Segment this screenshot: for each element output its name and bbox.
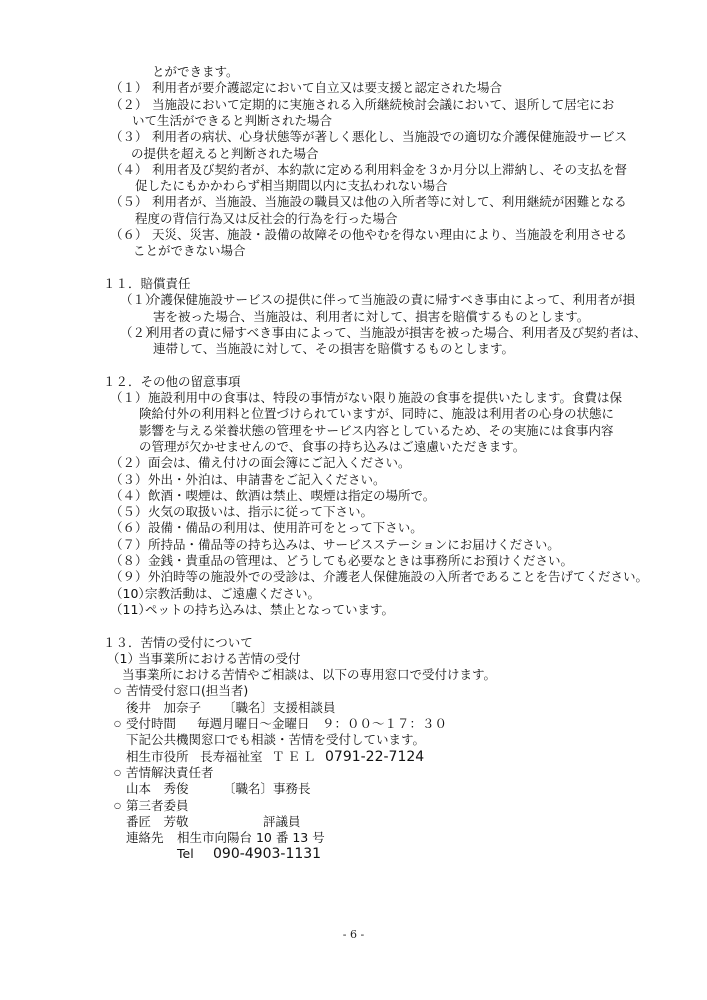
item-text-cont: 促したにもかかわらず相当期間以内に支払われない場合 xyxy=(135,178,448,194)
list-item-continuation: の提供を超えると判断された場合 xyxy=(0,146,707,162)
tel-label: ＴＥＬ xyxy=(272,749,319,765)
circle-bullet-icon: ○ xyxy=(114,683,121,699)
item-label: （５） xyxy=(110,504,148,520)
hours-value: 毎週月曜日～金曜日 ９：００～１７：３０ xyxy=(197,716,447,732)
section-heading: １３．苦情の受付について xyxy=(0,635,707,651)
subsection-label: （1） xyxy=(107,651,140,667)
item-text: 宗教活動は、ご遠慮ください。 xyxy=(145,586,320,602)
third-party-heading: ○ 第三者委員 xyxy=(0,798,707,814)
reception-heading: ○ 苦情受付窓口(担当者) xyxy=(0,683,707,699)
item-label: （４） xyxy=(110,162,148,178)
item-label: （６） xyxy=(110,520,148,536)
item-text-cont: ことができない場合 xyxy=(133,243,246,259)
circle-bullet-icon: ○ xyxy=(114,765,121,781)
item-label: （８） xyxy=(110,553,148,569)
list-item: （８） 金銭・貴重品の管理は、どうしても必要なときは事務所にお預けください。 xyxy=(0,553,707,569)
item-text: 設備・備品の利用は、使用許可をとって下さい。 xyxy=(148,520,423,536)
public-office-line: 相生市役所 長寿福祉室 ＴＥＬ 0791-22-7124 xyxy=(0,749,707,765)
list-item: （11） ペットの持ち込みは、禁止となっています。 xyxy=(0,602,707,618)
list-lead-line: とができます。 xyxy=(0,64,707,80)
contact-position: 〔職名〕事務長 xyxy=(223,781,311,797)
hours-line: ○ 受付時間 毎週月曜日～金曜日 ９：００～１７：３０ xyxy=(0,716,707,732)
third-party-address-line: 連絡先 相生市向陽台 10 番 13 号 xyxy=(0,830,707,846)
third-party-tel-line: Tel 090-4903-1131 xyxy=(0,846,707,862)
item-text: 金銭・貴重品の管理は、どうしても必要なときは事務所にお預けください。 xyxy=(148,553,573,569)
list-item: （６） 天災、災害、施設・設備の故障その他やむを得ない理由により、当施設を利用さ… xyxy=(0,227,707,243)
list-item-continuation: の管理が欠かせませんので、食事の持ち込みはご遠慮いただきます。 xyxy=(0,439,707,455)
office-dept: 長寿福祉室 xyxy=(200,749,263,765)
item-text: 利用者の責に帰すべき事由によって、当施設が損害を被った場合、利用者及び契約者は、 xyxy=(147,325,647,341)
list-item: （１） 利用者が要介護認定において自立又は要支援と認定された場合 xyxy=(0,80,707,96)
item-text: 所持品・備品等の持ち込みは、サービスステーションにお届けください。 xyxy=(148,537,560,553)
tel-label: Tel xyxy=(177,846,194,862)
subsection-heading: （1） 当事業所における苦情の受付 xyxy=(0,651,707,667)
circle-bullet-icon: ○ xyxy=(114,716,121,732)
item-label: （５） xyxy=(110,194,148,210)
section-12-heading: １２．その他の留意事項 xyxy=(103,374,241,390)
item-label: （３） xyxy=(110,129,148,145)
item-text: 利用者が要介護認定において自立又は要支援と認定された場合 xyxy=(152,80,502,96)
list-item: （２） 当施設において定期的に実施される入所継続検討会議において、退所して居宅に… xyxy=(0,97,707,113)
item-text-cont: 程度の背信行為又は反社会的行為を行った場合 xyxy=(135,211,398,227)
contact-name: 後井 加奈子 xyxy=(126,700,201,716)
third-party-contact: 番匠 芳敬 評議員 xyxy=(0,814,707,830)
resolver-contact: 山本 秀俊 〔職名〕事務長 xyxy=(0,781,707,797)
section-13-heading: １３．苦情の受付について xyxy=(103,635,253,651)
reception-contact: 後井 加奈子 〔職名〕支援相談員 xyxy=(0,700,707,716)
item-text: ペットの持ち込みは、禁止となっています。 xyxy=(145,602,394,618)
item-text: 施設利用中の食事は、特段の事情がない限り施設の食事を提供いたします。食費は保 xyxy=(148,390,622,406)
item-text-cont: 害を被った場合、当施設は、利用者に対して、損害を賠償するものとします。 xyxy=(153,309,589,325)
tel-number: 090-4903-1131 xyxy=(213,846,321,862)
item-label: （９） xyxy=(110,569,148,585)
intro-line: 当事業所における苦情やご相談は、以下の専用窓口で受付けます。 xyxy=(0,667,707,683)
item-label: （７） xyxy=(110,537,148,553)
item-text: 利用者の病状、心身状態等が著しく悪化し、当施設での適切な介護保健施設サービス xyxy=(152,129,627,145)
contact-position: 評議員 xyxy=(263,814,301,830)
third-party-title: 第三者委員 xyxy=(126,798,189,814)
item-label: （１） xyxy=(110,390,148,406)
item-text-cont: の管理が欠かせませんので、食事の持ち込みはご遠慮いただきます。 xyxy=(139,439,525,455)
list-item: （３） 利用者の病状、心身状態等が著しく悪化し、当施設での適切な介護保健施設サー… xyxy=(0,129,707,145)
item-label: （１） xyxy=(110,80,148,96)
list-item: （２） 利用者の責に帰すべき事由によって、当施設が損害を被った場合、利用者及び契… xyxy=(0,325,707,341)
list-item-continuation: ことができない場合 xyxy=(0,243,707,259)
list-item: （１） 施設利用中の食事は、特段の事情がない限り施設の食事を提供いたします。食費… xyxy=(0,390,707,406)
intro-text: 当事業所における苦情やご相談は、以下の専用窓口で受付けます。 xyxy=(122,667,496,683)
item-text: 飲酒・喫煙は、飲酒は禁止、喫煙は指定の場所で。 xyxy=(148,488,435,504)
resolver-heading: ○ 苦情解決責任者 xyxy=(0,765,707,781)
subsection-title: 当事業所における苦情の受付 xyxy=(138,651,301,667)
item-text: 天災、災害、施設・設備の故障その他やむを得ない理由により、当施設を利用させる xyxy=(152,227,627,243)
section-heading: １１．賠償責任 xyxy=(0,276,707,292)
page-number: - 6 - xyxy=(0,928,707,941)
list-item-continuation: 害を被った場合、当施設は、利用者に対して、損害を賠償するものとします。 xyxy=(0,309,707,325)
list-item: （２） 面会は、備え付けの面会簿にご記入ください。 xyxy=(0,455,707,471)
list-item: （９） 外泊時等の施設外での受診は、介護老人保健施設の入所者であることを告げてく… xyxy=(0,569,707,585)
item-label: （４） xyxy=(110,488,148,504)
list-item: （３） 外出・外泊は、申請書をご記入ください。 xyxy=(0,472,707,488)
item-text-cont: の提供を超えると判断された場合 xyxy=(131,146,319,162)
item-text-cont: 連帯して、当施設に対して、その損害を賠償するものとします。 xyxy=(153,341,514,357)
section-heading: １２．その他の留意事項 xyxy=(0,374,707,390)
list-item: （５） 利用者が、当施設、当施設の職員又は他の入所者等に対して、利用継続が困難と… xyxy=(0,194,707,210)
hours-note: 下記公共機関窓口でも相談・苦情を受付しています。 xyxy=(126,732,425,748)
office-name: 相生市役所 xyxy=(126,749,189,765)
section-11-heading: １１．賠償責任 xyxy=(103,276,191,292)
list-item: （１） 介護保健施設サービスの提供に伴って当施設の責に帰すべき事由によって、利用… xyxy=(0,292,707,308)
tel-number: 0791-22-7124 xyxy=(325,749,424,765)
contact-address: 相生市向陽台 10 番 13 号 xyxy=(177,830,325,846)
list-item: （６） 設備・備品の利用は、使用許可をとって下さい。 xyxy=(0,520,707,536)
item-text: 利用者が、当施設、当施設の職員又は他の入所者等に対して、利用継続が困難となる xyxy=(152,194,627,210)
item-text: 利用者及び契約者が、本約款に定める利用料金を３か月分以上滞納し、その支払を督 xyxy=(152,162,627,178)
item-text: 外出・外泊は、申請書をご記入ください。 xyxy=(148,472,386,488)
list-lead-text: とができます。 xyxy=(152,64,239,80)
circle-bullet-icon: ○ xyxy=(114,798,121,814)
contact-name: 山本 秀俊 xyxy=(126,781,189,797)
list-item-continuation: いて生活ができると判断された場合 xyxy=(0,113,707,129)
contact-name: 番匠 芳敬 xyxy=(126,814,189,830)
item-text: 介護保健施設サービスの提供に伴って当施設の責に帰すべき事由によって、利用者が損 xyxy=(148,292,635,308)
reception-title: 苦情受付窓口(担当者) xyxy=(126,683,248,699)
item-label: （２） xyxy=(110,97,148,113)
item-text: 面会は、備え付けの面会簿にご記入ください。 xyxy=(148,455,411,471)
item-label: （３） xyxy=(110,472,148,488)
list-item-continuation: 連帯して、当施設に対して、その損害を賠償するものとします。 xyxy=(0,341,707,357)
item-text-cont: いて生活ができると判断された場合 xyxy=(132,113,332,129)
list-item-continuation: 程度の背信行為又は反社会的行為を行った場合 xyxy=(0,211,707,227)
list-item-continuation: 険給付外の利用料と位置づけられていますが、同時に、施設は利用者の心身の状態に xyxy=(0,406,707,422)
list-item-continuation: 影響を与える栄養状態の管理をサービス内容としているため、その実施には食事内容 xyxy=(0,423,707,439)
item-text: 火気の取扱いは、指示に従って下さい。 xyxy=(148,504,373,520)
list-item: （10） 宗教活動は、ご遠慮ください。 xyxy=(0,586,707,602)
hours-title: 受付時間 xyxy=(126,716,176,732)
item-label: （６） xyxy=(110,227,148,243)
item-label: （２） xyxy=(110,455,148,471)
resolver-title: 苦情解決責任者 xyxy=(126,765,214,781)
contact-position: 〔職名〕支援相談員 xyxy=(223,700,336,716)
item-text: 当施設において定期的に実施される入所継続検討会議において、退所して居宅にお xyxy=(152,97,614,113)
list-item: （４） 飲酒・喫煙は、飲酒は禁止、喫煙は指定の場所で。 xyxy=(0,488,707,504)
item-text-cont: 険給付外の利用料と位置づけられていますが、同時に、施設は利用者の心身の状態に xyxy=(139,406,614,422)
list-item: （７） 所持品・備品等の持ち込みは、サービスステーションにお届けください。 xyxy=(0,537,707,553)
document-page: とができます。 （１） 利用者が要介護認定において自立又は要支援と認定された場合… xyxy=(0,0,707,1000)
hours-note-line: 下記公共機関窓口でも相談・苦情を受付しています。 xyxy=(0,732,707,748)
item-text: 外泊時等の施設外での受診は、介護老人保健施設の入所者であることを告げてください。 xyxy=(148,569,648,585)
contact-label: 連絡先 xyxy=(126,830,164,846)
list-item: （５） 火気の取扱いは、指示に従って下さい。 xyxy=(0,504,707,520)
list-item-continuation: 促したにもかかわらず相当期間以内に支払われない場合 xyxy=(0,178,707,194)
item-text-cont: 影響を与える栄養状態の管理をサービス内容としているため、その実施には食事内容 xyxy=(139,423,614,439)
list-item: （４） 利用者及び契約者が、本約款に定める利用料金を３か月分以上滞納し、その支払… xyxy=(0,162,707,178)
